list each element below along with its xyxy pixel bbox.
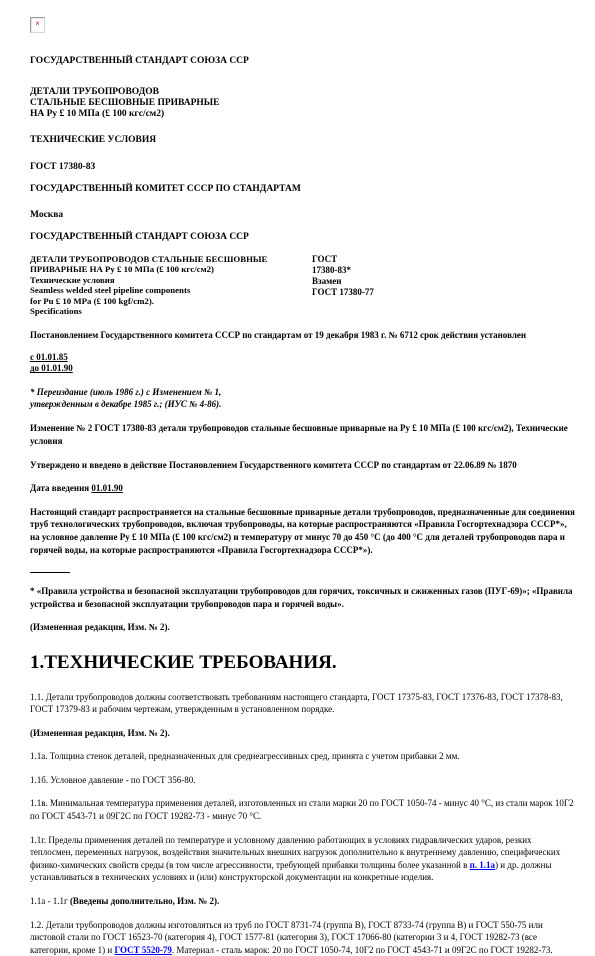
page: { "page": { "broken_image_glyph": "×" },… [0, 0, 595, 842]
introduction-date: Дата введения 01.01.90 [30, 482, 575, 495]
paragraph-1-1v: 1.1в. Минимальная температура применения… [30, 797, 575, 822]
revision-note: (Измененная редакция, Изм. № 2). [30, 621, 575, 634]
paragraph-1-1b: 1.1б. Условное давление - по ГОСТ 356-80… [30, 774, 575, 787]
title-block-right-line-2: 17380-83* [312, 265, 374, 276]
scope-paragraph: Настоящий стандарт распространяется на с… [30, 506, 575, 556]
technical-conditions-label: ТЕХНИЧЕСКИЕ УСЛОВИЯ [30, 134, 575, 147]
valid-from: с 01.01.85 [30, 352, 68, 362]
paragraph-1-1-range: 1.1а - 1.1г (Введены дополнительно, Изм.… [30, 895, 575, 908]
reissue-note: * Переиздание (июль 1986 г.) с Изменение… [30, 386, 575, 410]
section-1-heading: 1.ТЕХНИЧЕСКИЕ ТРЕБОВАНИЯ. [30, 650, 575, 677]
city-label: Москва [30, 209, 575, 222]
introduction-date-value: 01.01.90 [91, 483, 123, 493]
gost-union-standard-title: ГОСУДАРСТВЕННЫЙ СТАНДАРТ СОЮЗА ССР [30, 55, 575, 68]
title-block-left-line-2: ПРИВАРНЫЕ НА Ру £ 10 МПа (£ 100 кгс/см2) [30, 264, 282, 275]
paragraph-1-1-range-prefix: 1.1а - 1.1г [30, 896, 70, 906]
reissue-note-line-2: утвержденным в декабре 1985 г.; (ИУС № 4… [30, 398, 575, 410]
title-block-left-line-5: for Pu £ 10 MPa (£ 100 kgf/cm2). [30, 296, 282, 307]
paragraph-1-2-text-after: . Материал - сталь марок: 20 по ГОСТ 105… [172, 945, 553, 955]
paragraph-1-1-range-note: (Введены дополнительно, Изм. № 2). [70, 896, 219, 906]
paragraph-1-1: 1.1. Детали трубопроводов должны соответ… [30, 691, 575, 716]
footnote-paragraph: * «Правила устройства и безопасной экспл… [30, 585, 575, 610]
link-clause-1-1a[interactable]: п. 1.1а [470, 860, 495, 870]
validity-period: с 01.01.85 до 01.01.90 [30, 352, 575, 374]
paragraph-1-1a: 1.1а. Толщина стенок деталей, предназнач… [30, 750, 575, 763]
standard-title-line-3: НА Ру £ 10 МПа (£ 100 кгс/см2) [30, 109, 575, 120]
standard-title: ДЕТАЛИ ТРУБОПРОВОДОВ СТАЛЬНЫЕ БЕСШОВНЫЕ … [30, 87, 575, 120]
reissue-note-line-1: * Переиздание (июль 1986 г.) с Изменение… [30, 386, 575, 398]
standard-title-line-2: СТАЛЬНЫЕ БЕСШОВНЫЕ ПРИВАРНЫЕ [30, 98, 575, 109]
standard-title-line-1: ДЕТАЛИ ТРУБОПРОВОДОВ [30, 87, 575, 98]
approval-paragraph: Утверждено и введено в действие Постанов… [30, 459, 575, 472]
title-block-left-line-1: ДЕТАЛИ ТРУБОПРОВОДОВ СТАЛЬНЫЕ БЕСШОВНЫЕ [30, 254, 282, 265]
footnote-separator [30, 572, 70, 573]
decree-paragraph: Постановлением Государственного комитета… [30, 329, 575, 342]
state-committee: ГОСУДАРСТВЕННЫЙ КОМИТЕТ СССР ПО СТАНДАРТ… [30, 183, 575, 196]
title-block-right-line-1: ГОСТ [312, 254, 374, 265]
title-block-left-line-4: Seamless welded steel pipeline component… [30, 285, 282, 296]
paragraph-1-2: 1.2. Детали трубопроводов должны изготов… [30, 919, 575, 956]
title-block: ДЕТАЛИ ТРУБОПРОВОДОВ СТАЛЬНЫЕ БЕСШОВНЫЕ … [30, 254, 575, 317]
paragraph-1-1-note: (Измененная редакция, Изм. № 2). [30, 727, 575, 740]
broken-image-x-glyph: × [35, 18, 40, 30]
title-block-right-line-3: Взамен [312, 276, 374, 287]
title-block-left-line-6: Specifications [30, 306, 282, 317]
broken-image-icon: × [30, 17, 45, 33]
amendment-paragraph: Изменение № 2 ГОСТ 17380-83 детали трубо… [30, 422, 575, 447]
title-block-right: ГОСТ 17380-83* Взамен ГОСТ 17380-77 [312, 254, 374, 317]
introduction-date-label: Дата введения [30, 483, 91, 493]
title-block-right-line-4: ГОСТ 17380-77 [312, 287, 374, 298]
standard-number: ГОСТ 17380-83 [30, 161, 575, 174]
valid-to: до 01.01.90 [30, 363, 73, 373]
link-gost-5520-79[interactable]: ГОСТ 5520-79 [114, 945, 171, 955]
gost-union-standard-title-2: ГОСУДАРСТВЕННЫЙ СТАНДАРТ СОЮЗА ССР [30, 231, 575, 244]
title-block-left: ДЕТАЛИ ТРУБОПРОВОДОВ СТАЛЬНЫЕ БЕСШОВНЫЕ … [30, 254, 282, 317]
title-block-left-line-3: Технические условия [30, 275, 282, 286]
paragraph-1-1g: 1.1г. Пределы применения деталей по темп… [30, 834, 575, 884]
